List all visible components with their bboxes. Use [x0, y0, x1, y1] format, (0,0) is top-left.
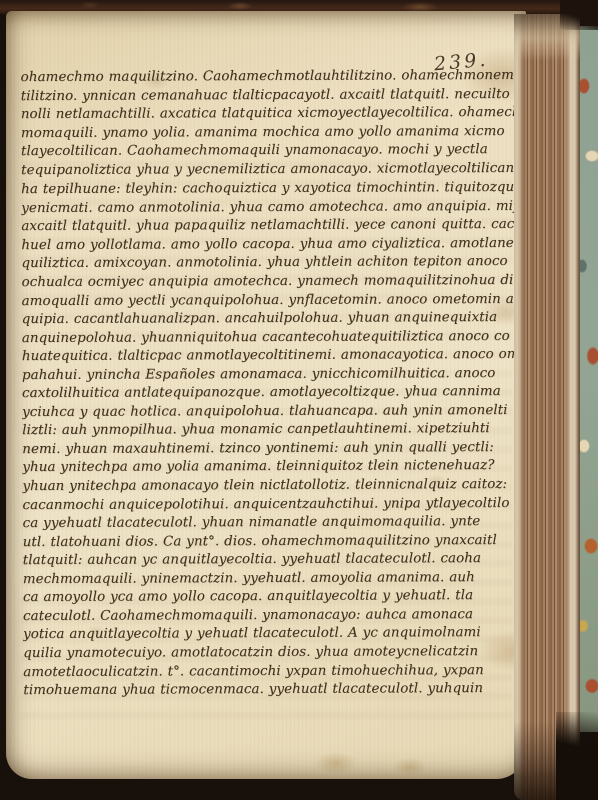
binding-corner-bottom-right [556, 712, 598, 800]
text-line: tlayecoltilican. Caohamechmomaquili ynam… [21, 141, 521, 162]
text-line: ha tepilhuane: tleyhin: cachoquiztica y … [21, 179, 521, 200]
text-line: tlatquitl: auhcan yc anquitlayecoltia. y… [23, 550, 523, 571]
text-line: cateculotl. Caohamechmomaquili. ynamonac… [23, 606, 523, 627]
text-line: huatequitica. tlalticpac anmotlayecoltit… [22, 346, 522, 367]
text-line: ohamechmo maquilitzino. Caohamechmotlauh… [21, 67, 521, 88]
text-line: mechmomaquili. yninemactzin. yyehuatl. a… [23, 569, 523, 590]
text-line: quiliztica. amixcoyan. anmotolinia. yhua… [21, 253, 521, 274]
text-line: anquinepolohua. yhuanniquitohua cacantec… [22, 328, 522, 349]
text-line: tilitzino. ynnican cemanahuac tlalticpac… [21, 85, 521, 106]
text-line: amotetlaoculicatzin. t°. cacantimochi yx… [23, 661, 523, 682]
text-line: amoqualli amo yectli ycanquipolohua. ynf… [22, 290, 522, 311]
text-line: ochualca ocmiyec anquipia amotechca. yna… [22, 272, 522, 293]
text-line: tequipanoliztica yhua y yecnemiliztica a… [21, 160, 521, 181]
text-line: nemi. yhuan maxauhtinemi. tzinco yontine… [22, 439, 522, 460]
text-line: nolli netlamachtilli. axcatica tlatquiti… [21, 104, 521, 125]
text-line: yhuan ynitechpa amonacayo tlein nictlato… [22, 476, 522, 497]
text-line: caxtolilhuitica antlatequipanozque. amot… [22, 383, 522, 404]
binding-corner-top-right [560, 0, 598, 30]
text-line: yhua ynitechpa amo yolia amanima. tleinn… [22, 457, 522, 478]
text-line: pahahui. ynincha Españoles amonamaca. yn… [22, 365, 522, 386]
text-line: yenicmati. camo anmotolinia. yhua camo a… [21, 198, 521, 219]
page-fore-edge-stack [514, 14, 580, 800]
marbled-endpaper-edge [578, 26, 598, 732]
text-line: ca yyehuatl tlacateculotl. yhuan nimanat… [23, 513, 523, 534]
text-line: ca amoyollo yca amo yollo cacopa. anquit… [23, 587, 523, 608]
text-line: quipia. cacantlahuanalizpan. ancahuilpol… [22, 309, 522, 330]
text-line: liztli: auh ynmopilhua. yhua monamic can… [22, 420, 522, 441]
text-line: yciuhca y quac hotlica. anquipolohua. tl… [22, 402, 522, 423]
text-line: utl. tlatohuani dios. Ca ynt°. dios. oha… [23, 532, 523, 553]
text-line: yotica anquitlayecoltia y yehuatl tlacat… [23, 624, 523, 645]
text-line: huel amo yollotlama. amo yollo cacopa. y… [21, 235, 521, 256]
manuscript-page: 239. ohamechmo maquilitzino. Caohamechmo… [6, 11, 526, 779]
text-line: timohuemana yhua ticmocenmaca. yyehuatl … [23, 680, 523, 701]
text-line: axcaitl tlatquitl. yhua papaquiliz netla… [21, 216, 521, 237]
book-photograph: 239. ohamechmo maquilitzino. Caohamechmo… [0, 0, 598, 800]
text-line: cacanmochi anquicepolotihui. anquicentza… [22, 494, 522, 515]
manuscript-text: ohamechmo maquilitzino. Caohamechmotlauh… [21, 67, 524, 701]
text-line: momaquili. ynamo yolia. amanima mochica … [21, 123, 521, 144]
text-line: quilia ynamotecuiyo. amotlatocatzin dios… [23, 643, 523, 664]
